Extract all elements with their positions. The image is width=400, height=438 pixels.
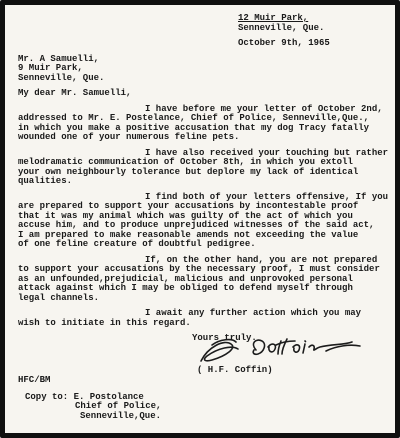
body-paragraph-4: If, on the other hand, you are not prepa… (18, 256, 391, 304)
date-line: October 9th, 1965 (238, 39, 391, 49)
copy-to-block: Copy to: E. Postolance Chief of Police, … (18, 393, 391, 422)
sender-address-line2: Senneville, Que. (238, 24, 391, 34)
copy-to-city: Senneville,Que. (80, 412, 391, 422)
recipient-city: Senneville, Que. (18, 74, 391, 84)
typed-signature: ( H.F. Coffin) (197, 366, 391, 376)
closing-line: Yours truly. (192, 334, 391, 344)
sender-address: 12 Muir Park, Senneville, Que. (238, 14, 391, 33)
letter-page: 12 Muir Park, Senneville, Que. October 9… (0, 0, 400, 438)
salutation: My dear Mr. Samuelli, (18, 89, 391, 99)
body-paragraph-5: I await any further action which you may… (18, 309, 391, 328)
body-paragraph-3: I find both of your letters offensive, I… (18, 193, 391, 250)
reference-initials: HFC/BM (18, 376, 391, 386)
recipient-address: Mr. A Samuelli, 9 Muir Park, Senneville,… (18, 55, 391, 84)
body-paragraph-2: I have also received your touching but r… (18, 149, 391, 187)
body-paragraph-1: I have before me your letter of October … (18, 105, 391, 143)
